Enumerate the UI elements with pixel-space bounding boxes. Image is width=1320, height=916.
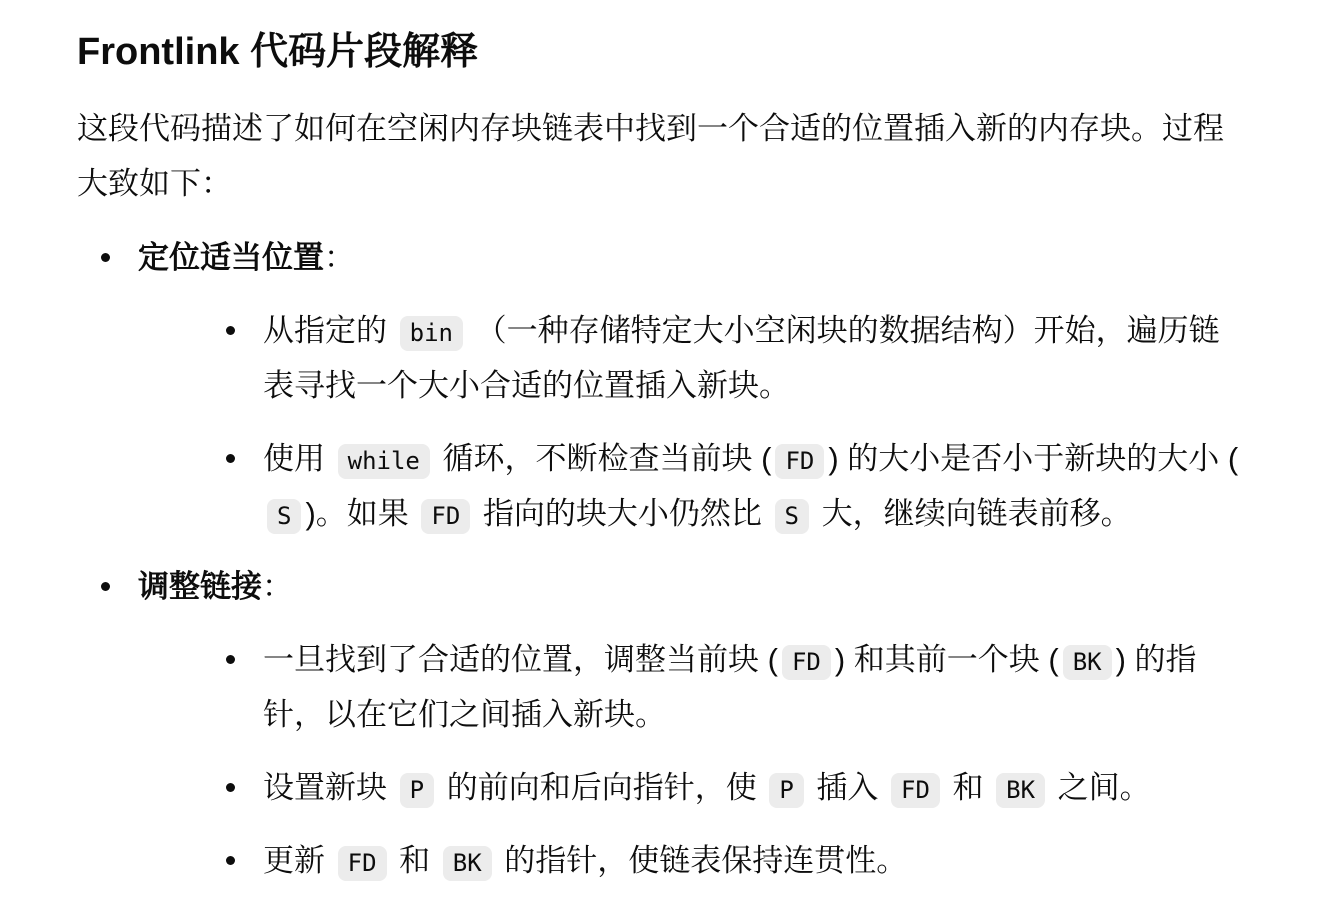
inline-code-chip: BK [1063,645,1112,680]
text-run: 之间。 [1049,770,1151,805]
sub-list-item: 从指定的 bin （一种存储特定大小空闲块的数据结构）开始，遍历链表寻找一个大小… [202,303,1243,413]
inline-code-chip: FD [782,645,831,680]
text-run: 插入 [808,770,887,805]
text-run: 从指定的 [263,313,396,348]
text-run: 指向的块大小仍然比 [474,496,770,531]
inline-code-chip: S [775,499,809,534]
text-run: 和 [391,843,439,878]
bold-text: 定位适当位置 [138,240,324,275]
inline-code-chip: S [267,499,301,534]
list-item: 定位适当位置：从指定的 bin （一种存储特定大小空闲块的数据结构）开始，遍历链… [77,230,1243,541]
sub-list-item: 更新 FD 和 BK 的指针，使链表保持连贯性。 [202,833,1243,888]
intro-paragraph: 这段代码描述了如何在空闲内存块链表中找到一个合适的位置插入新的内存块。过程大致如… [77,101,1243,211]
inline-code-chip: BK [996,773,1045,808]
text-run: ： [262,569,293,604]
bold-text: 调整链接 [138,569,262,604]
list-item: 调整链接：一旦找到了合适的位置，调整当前块 (FD) 和其前一个块 (BK) 的… [77,559,1243,888]
sub-list-item: 设置新块 P 的前向和后向指针，使 P 插入 FD 和 BK 之间。 [202,760,1243,815]
inline-code-chip: bin [400,316,463,351]
inline-code-chip: while [338,444,430,479]
text-run: 循环，不断检查当前块 ( [434,441,772,476]
text-run: 使用 [263,441,334,476]
inline-code-chip: P [769,773,803,808]
inline-code-chip: BK [443,846,492,881]
text-run: )。如果 [305,496,417,531]
inline-code-chip: P [400,773,434,808]
sub-list-item: 一旦找到了合适的位置，调整当前块 (FD) 和其前一个块 (BK) 的指针，以在… [202,632,1243,742]
text-run: 的前向和后向指针，使 [438,770,765,805]
text-run: 大，继续向链表前移。 [813,496,1132,531]
sub-list: 从指定的 bin （一种存储特定大小空闲块的数据结构）开始，遍历链表寻找一个大小… [202,303,1243,541]
text-run: 和 [944,770,992,805]
inline-code-chip: FD [891,773,940,808]
document: Frontlink 代码片段解释 这段代码描述了如何在空闲内存块链表中找到一个合… [0,0,1320,916]
outline-list: 定位适当位置：从指定的 bin （一种存储特定大小空闲块的数据结构）开始，遍历链… [77,230,1243,888]
inline-code-chip: FD [338,846,387,881]
text-run: 更新 [263,843,334,878]
text-run: 设置新块 [263,770,396,805]
text-run: ： [324,240,355,275]
page-title: Frontlink 代码片段解释 [77,29,1243,75]
text-run: ) 和其前一个块 ( [835,642,1059,677]
text-run: 的指针，使链表保持连贯性。 [496,843,908,878]
text-run: ) 的大小是否小于新块的大小 ( [828,441,1238,476]
sub-list-item: 使用 while 循环，不断检查当前块 (FD) 的大小是否小于新块的大小 (S… [202,431,1243,541]
inline-code-chip: FD [421,499,470,534]
inline-code-chip: FD [775,444,824,479]
sub-list: 一旦找到了合适的位置，调整当前块 (FD) 和其前一个块 (BK) 的指针，以在… [202,632,1243,888]
text-run: 一旦找到了合适的位置，调整当前块 ( [263,642,778,677]
text-run: 这段代码描述了如何在空闲内存块链表中找到一个合适的位置插入新的内存块。过程大致如… [77,111,1224,201]
